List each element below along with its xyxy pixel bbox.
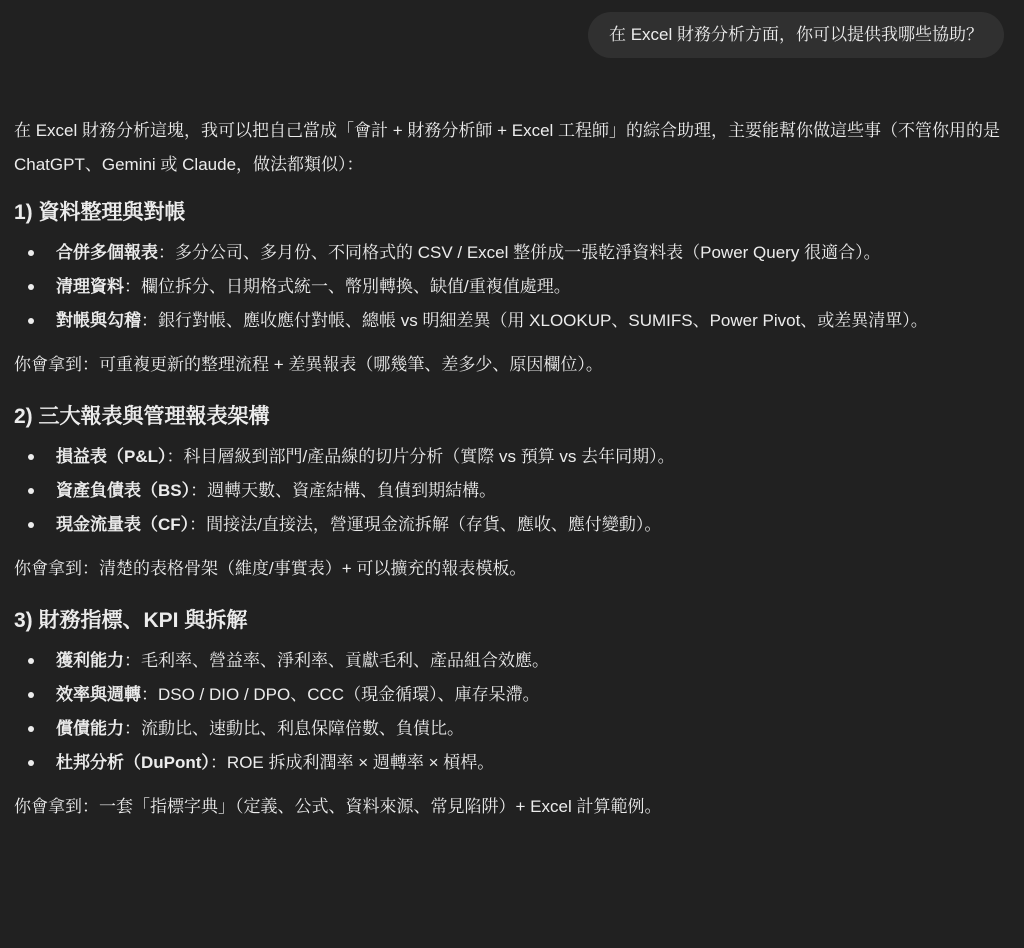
list-item: 資產負債表（BS）：週轉天數、資產結構、負債到期結構。 [14, 474, 1010, 508]
bullet-icon [28, 454, 34, 460]
item-text: ：毛利率、營益率、淨利率、貢獻毛利、產品組合效應。 [124, 651, 549, 670]
user-message-row: 在 Excel 財務分析方面，你可以提供我哪些協助？ [588, 12, 1004, 58]
bullet-icon [28, 488, 34, 494]
bullet-icon [28, 726, 34, 732]
list-item: 現金流量表（CF）：間接法/直接法，營運現金流拆解（存貨、應收、應付變動）。 [14, 508, 1010, 542]
item-title: 獲利能力 [56, 651, 124, 670]
section-financial-statements: 2) 三大報表與管理報表架構 損益表（P&L）：科目層級到部門/產品線的切片分析… [14, 400, 1010, 586]
item-text: ：科目層級到部門/產品線的切片分析（實際 vs 預算 vs 去年同期）。 [167, 447, 675, 466]
section-result: 你會拿到：可重複更新的整理流程 + 差異報表（哪幾筆、差多少、原因欄位）。 [14, 348, 1010, 382]
bullet-icon [28, 284, 34, 290]
item-text: ：銀行對帳、應收應付對帳、總帳 vs 明細差異（用 XLOOKUP、SUMIFS… [141, 311, 928, 330]
section-list: 合併多個報表：多分公司、多月份、不同格式的 CSV / Excel 整併成一張乾… [14, 236, 1010, 338]
item-text: ：ROE 拆成利潤率 × 週轉率 × 槓桿。 [210, 753, 494, 772]
list-item: 對帳與勾稽：銀行對帳、應收應付對帳、總帳 vs 明細差異（用 XLOOKUP、S… [14, 304, 1010, 338]
bullet-icon [28, 760, 34, 766]
item-title: 損益表（P&L） [56, 447, 167, 466]
item-title: 償債能力 [56, 719, 124, 738]
item-text: ：週轉天數、資產結構、負債到期結構。 [190, 481, 496, 500]
assistant-intro: 在 Excel 財務分析這塊，我可以把自己當成「會計 + 財務分析師 + Exc… [14, 114, 1010, 182]
section-list: 獲利能力：毛利率、營益率、淨利率、貢獻毛利、產品組合效應。 效率與週轉：DSO … [14, 644, 1010, 780]
bullet-icon [28, 658, 34, 664]
item-title: 杜邦分析（DuPont） [56, 753, 210, 772]
list-item: 效率與週轉：DSO / DIO / DPO、CCC（現金循環）、庫存呆滯。 [14, 678, 1010, 712]
item-title: 效率與週轉 [56, 685, 141, 704]
section-data-cleanup: 1) 資料整理與對帳 合併多個報表：多分公司、多月份、不同格式的 CSV / E… [14, 196, 1010, 382]
section-result: 你會拿到：一套「指標字典」（定義、公式、資料來源、常見陷阱）+ Excel 計算… [14, 790, 1010, 824]
list-item: 清理資料：欄位拆分、日期格式統一、幣別轉換、缺值/重複值處理。 [14, 270, 1010, 304]
list-item: 獲利能力：毛利率、營益率、淨利率、貢獻毛利、產品組合效應。 [14, 644, 1010, 678]
section-heading: 3) 財務指標、KPI 與拆解 [14, 604, 1010, 644]
list-item: 償債能力：流動比、速動比、利息保障倍數、負債比。 [14, 712, 1010, 746]
section-heading: 1) 資料整理與對帳 [14, 196, 1010, 236]
item-text: ：欄位拆分、日期格式統一、幣別轉換、缺值/重複值處理。 [124, 277, 571, 296]
section-list: 損益表（P&L）：科目層級到部門/產品線的切片分析（實際 vs 預算 vs 去年… [14, 440, 1010, 542]
item-title: 合併多個報表 [56, 243, 158, 262]
list-item: 杜邦分析（DuPont）：ROE 拆成利潤率 × 週轉率 × 槓桿。 [14, 746, 1010, 780]
bullet-icon [28, 692, 34, 698]
list-item: 損益表（P&L）：科目層級到部門/產品線的切片分析（實際 vs 預算 vs 去年… [14, 440, 1010, 474]
section-heading: 2) 三大報表與管理報表架構 [14, 400, 1010, 440]
section-result: 你會拿到：清楚的表格骨架（維度/事實表）+ 可以擴充的報表模板。 [14, 552, 1010, 586]
bullet-icon [28, 250, 34, 256]
item-title: 現金流量表（CF） [56, 515, 189, 534]
assistant-message: 在 Excel 財務分析這塊，我可以把自己當成「會計 + 財務分析師 + Exc… [14, 114, 1010, 842]
item-text: ：間接法/直接法，營運現金流拆解（存貨、應收、應付變動）。 [189, 515, 661, 534]
item-title: 對帳與勾稽 [56, 311, 141, 330]
list-item: 合併多個報表：多分公司、多月份、不同格式的 CSV / Excel 整併成一張乾… [14, 236, 1010, 270]
item-text: ：DSO / DIO / DPO、CCC（現金循環）、庫存呆滯。 [141, 685, 540, 704]
item-text: ：多分公司、多月份、不同格式的 CSV / Excel 整併成一張乾淨資料表（P… [158, 243, 881, 262]
item-title: 清理資料 [56, 277, 124, 296]
bullet-icon [28, 318, 34, 324]
section-kpi: 3) 財務指標、KPI 與拆解 獲利能力：毛利率、營益率、淨利率、貢獻毛利、產品… [14, 604, 1010, 824]
item-title: 資產負債表（BS） [56, 481, 190, 500]
user-message-bubble: 在 Excel 財務分析方面，你可以提供我哪些協助？ [588, 12, 1004, 58]
bullet-icon [28, 522, 34, 528]
item-text: ：流動比、速動比、利息保障倍數、負債比。 [124, 719, 464, 738]
